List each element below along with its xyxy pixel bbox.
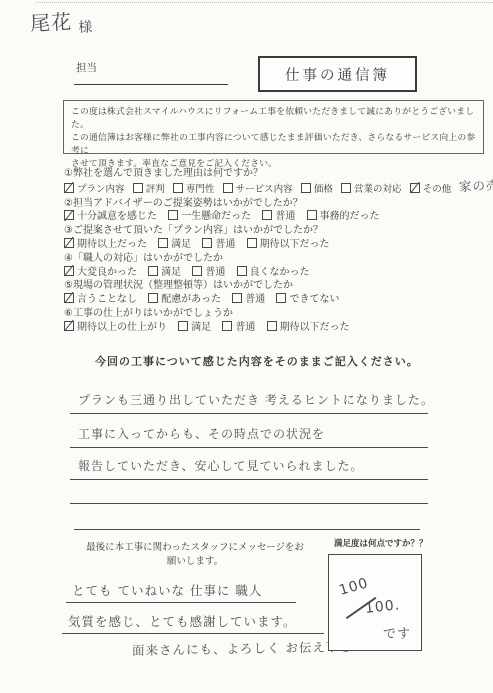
score-numerator: 100 [337,575,370,599]
checkbox-icon [410,183,420,193]
feedback-handwritten-line: プランも三通り出していただき 考えるヒントになりました。 [70,391,428,414]
question-title: ①弊社を選んで頂きました理由は何ですか？ [64,167,490,181]
option-label: 期待以下だった [260,239,330,250]
checkbox-option: その他 [410,183,452,197]
question-block-6: ⑥工事の仕上がりはいかがでしょうか 期待以上の仕上がり 満足 普通 期待以下だっ… [64,307,490,335]
question-options: 期待以上の仕上がり 満足 普通 期待以下だった [64,321,490,335]
form-title: 仕事の通信簿 [285,64,390,85]
checkbox-option: 普通 [222,321,255,335]
option-label: プラン内容 [77,184,125,195]
option-label: 営業の対応 [354,184,402,195]
section-divider-line [74,529,420,530]
message-prompt-line: 願いします。 [70,555,320,569]
option-label: できてない [289,294,339,305]
message-handwritten-line: 気質を感じ、とても感謝しています。 [62,612,324,634]
option-label: 専門性 [186,184,215,195]
question-title: ⑥工事の仕上がりはいかがでしょうか [64,307,490,321]
checkbox-option: 配慮があった [148,293,221,307]
scan-edge-line [36,2,493,3]
checkbox-icon [223,183,233,193]
checkbox-option: 普通 [262,210,295,224]
checkbox-icon [237,266,247,276]
option-label: 期待以下だった [280,322,350,333]
message-prompt: 最後に本工事に関わったスタッフにメッセージをお 願いします。 [70,541,320,569]
score-box: 100 100. です [328,554,422,651]
checkbox-icon [307,210,317,220]
option-label: 良くなかった [250,267,310,278]
checkbox-icon [148,266,158,276]
checkbox-option: 期待以上だった [64,238,147,252]
checkbox-icon [301,183,311,193]
checkbox-icon [64,266,74,276]
option-label: 事務的だった [320,211,380,222]
checkbox-option: 満足 [178,321,211,335]
option-label: 普通 [245,294,265,305]
score-suffix: です [383,623,411,642]
checkbox-icon [262,210,272,220]
option-label: サービス内容 [236,184,293,195]
checkbox-option: 期待以下だった [267,321,350,335]
question-block-5: ⑤現場の管理状況（整理整頓等）はいかがでしたか 言うことなし 配慮があった 普通… [64,279,490,307]
checkbox-icon [158,238,168,248]
option-label: 一生懸命だった [181,211,251,222]
checkbox-option: 一生懸命だった [168,210,251,224]
form-title-box: 仕事の通信簿 [258,56,417,92]
checkbox-icon [168,210,178,220]
option-label: 十分誠意を感じた [77,211,157,222]
checkbox-icon [232,293,242,303]
checkbox-icon [222,321,232,331]
question-options: 大変良かった 満足 普通 良くなかった [64,266,490,280]
checkbox-icon [133,183,143,193]
message-prompt-line: 最後に本工事に関わったスタッフにメッセージをお [70,541,320,555]
customer-honorific: 様 [78,16,94,37]
checkbox-option: 言うことなし [64,293,137,307]
checkbox-icon [64,238,74,248]
option-label: 大変良かった [77,267,137,278]
scanned-form-page: 尾花様 担当 仕事の通信簿 この度は株式会社スマイルハウスにリフォーム工事を依頼… [0,0,493,693]
checkbox-option: 普通 [192,266,225,280]
option-label: 普通 [235,322,255,333]
option-label: 普通 [215,239,235,250]
checkbox-icon [341,183,351,193]
checkbox-icon [178,321,188,331]
question-options: 言うことなし 配慮があった 普通 できてない [64,293,490,307]
checkbox-option: 評判 [133,183,165,197]
checkbox-icon [202,238,212,248]
option-label: 普通 [205,267,225,278]
checkbox-icon [64,183,74,193]
question-title: ③ご提案させて頂いた「プラン内容」はいかがでしたか？ [64,224,490,238]
checkbox-option: 専門性 [173,183,215,197]
option-label: 言うことなし [77,294,137,305]
checkbox-option: プラン内容 [64,183,125,197]
other-note-handwritten: 家の売主. [459,178,493,194]
option-label: 期待以上だった [77,239,147,250]
question-title: ⑤現場の管理状況（整理整頓等）はいかがでしたか [64,279,490,293]
option-label: 満足 [161,267,181,278]
question-block-3: ③ご提案させて頂いた「プラン内容」はいかがでしたか？ 期待以上だった 満足 普通… [64,224,490,252]
question-block-1: ①弊社を選んで頂きました理由は何ですか？ プラン内容 評判 専門性 サービス内容… [64,167,490,197]
checkbox-icon [247,238,257,248]
intro-box: この度は株式会社スマイルハウスにリフォーム工事を依頼いただきまして誠にありがとう… [63,100,484,154]
checkbox-option: 普通 [232,293,265,307]
intro-line: この度は株式会社スマイルハウスにリフォーム工事を依頼いただきまして誠にありがとう… [71,106,476,132]
checkbox-option: 期待以上の仕上がり [64,321,167,335]
option-label: 満足 [171,239,191,250]
checkbox-option: サービス内容 [223,183,293,197]
feedback-handwritten-line: 工事に入ってからも、その時点での状況を [70,425,428,448]
option-label: 評判 [146,184,165,195]
checkbox-icon [64,293,74,303]
survey-section: ①弊社を選んで頂きました理由は何ですか？ プラン内容 評判 専門性 サービス内容… [64,167,490,335]
question-title: ②担当アドバイザーのご提案姿勢はいかがでしたか？ [64,197,490,211]
question-options: 期待以上だった 満足 普通 期待以下だった [64,238,490,252]
checkbox-icon [267,321,277,331]
option-label: 満足 [191,322,211,333]
checkbox-icon [276,293,286,303]
question-title: ④「職人の対応」はいかがでしたか [64,252,490,266]
checkbox-icon [148,293,158,303]
question-block-2: ②担当アドバイザーのご提案姿勢はいかがでしたか？ 十分誠意を感じた 一生懸命だっ… [64,197,490,225]
question-block-4: ④「職人の対応」はいかがでしたか 大変良かった 満足 普通 良くなかった [64,252,490,280]
feedback-handwritten-line-empty [70,481,428,504]
option-label: 価格 [314,184,333,195]
intro-line: この通信簿はお客様に弊社の工事内容について感じたまま評価いただき、さらなるサービ… [71,132,476,158]
checkbox-option: できてない [276,293,339,307]
checkbox-option: 十分誠意を感じた [64,210,157,224]
score-question-label: 満足度は何点ですか？？ [334,537,428,549]
message-handwritten-line: とても ていねいな 仕事に 職人 [66,581,296,603]
feedback-handwritten-line: 報告していただき、安心して見ていられました。 [70,457,428,480]
option-label: 配慮があった [161,294,221,305]
question-options: 十分誠意を感じた 一生懸命だった 普通 事務的だった [64,210,490,224]
checkbox-option: 満足 [158,238,191,252]
staff-underline [74,84,228,85]
checkbox-option: 事務的だった [307,210,380,224]
checkbox-option: 期待以下だった [247,238,330,252]
checkbox-icon [173,183,183,193]
checkbox-option: 営業の対応 [341,183,402,197]
checkbox-icon [192,266,202,276]
customer-name-text: 尾花 [29,9,72,35]
feedback-prompt: 今回の工事について感じた内容をそのままご記入ください。 [95,353,419,369]
option-label: 普通 [275,211,295,222]
checkbox-option: 価格 [301,183,333,197]
checkbox-option: 大変良かった [64,266,137,280]
customer-name-handwritten: 尾花様 [29,4,93,36]
staff-label: 担当 [76,60,97,75]
checkbox-option: 普通 [202,238,235,252]
checkbox-option: 満足 [148,266,181,280]
question-options: プラン内容 評判 専門性 サービス内容 価格 営業の対応 その他 家の売主. [64,181,490,197]
checkbox-icon [64,210,74,220]
option-label: その他 [423,184,452,195]
checkbox-option: 良くなかった [237,266,310,280]
option-label: 期待以上の仕上がり [77,322,167,333]
checkbox-icon [64,321,74,331]
score-denominator: 100. [364,597,401,617]
